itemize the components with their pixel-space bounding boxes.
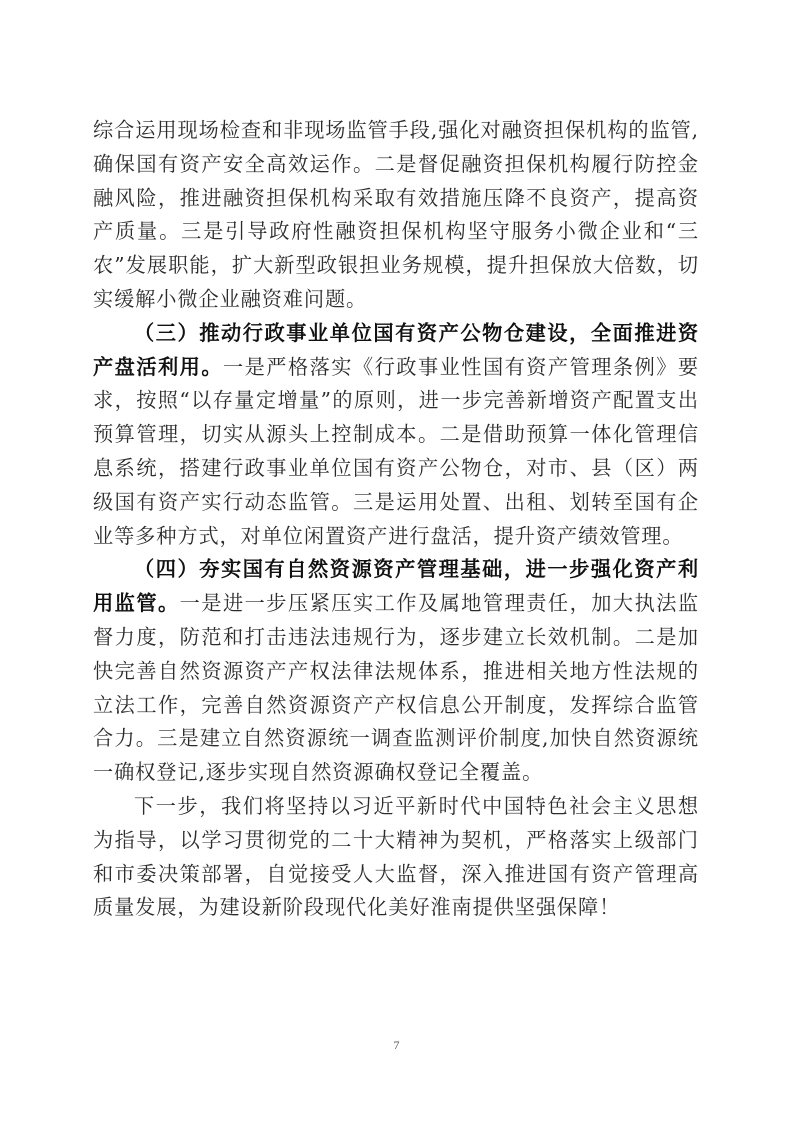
paragraph-text: 一是严格落实《行政事业性国有资产管理条例》要求，按照“以存量定增量”的原则，进一… [93, 355, 699, 548]
paragraph-natural-resources: （四）夯实国有自然资源资产管理基础，进一步强化资产利用监管。一是进一步压紧压实工… [93, 553, 699, 790]
paragraph-text: 一是进一步压紧压实工作及属地管理责任，加大执法监督力度，防范和打击违法违规行为，… [93, 591, 699, 784]
paragraph-text: 下一步，我们将坚持以习近平新时代中国特色社会主义思想为指导，以学习贯彻党的二十大… [93, 794, 699, 919]
document-page: 综合运用现场检查和非现场监管手段,强化对融资担保机构的监管,确保国有资产安全高效… [0, 0, 793, 1122]
document-body: 综合运用现场检查和非现场监管手段,强化对融资担保机构的监管,确保国有资产安全高效… [93, 114, 699, 925]
paragraph-public-asset-warehouse: （三）推动行政事业单位国有资产公物仓建设，全面推进资产盘活利用。一是严格落实《行… [93, 317, 699, 554]
page-number: 7 [0, 1038, 793, 1053]
paragraph-text: 综合运用现场检查和非现场监管手段,强化对融资担保机构的监管,确保国有资产安全高效… [93, 118, 699, 311]
paragraph-next-steps: 下一步，我们将坚持以习近平新时代中国特色社会主义思想为指导，以学习贯彻党的二十大… [93, 790, 699, 925]
paragraph-financing-guarantee-continued: 综合运用现场检查和非现场监管手段,强化对融资担保机构的监管,确保国有资产安全高效… [93, 114, 699, 317]
